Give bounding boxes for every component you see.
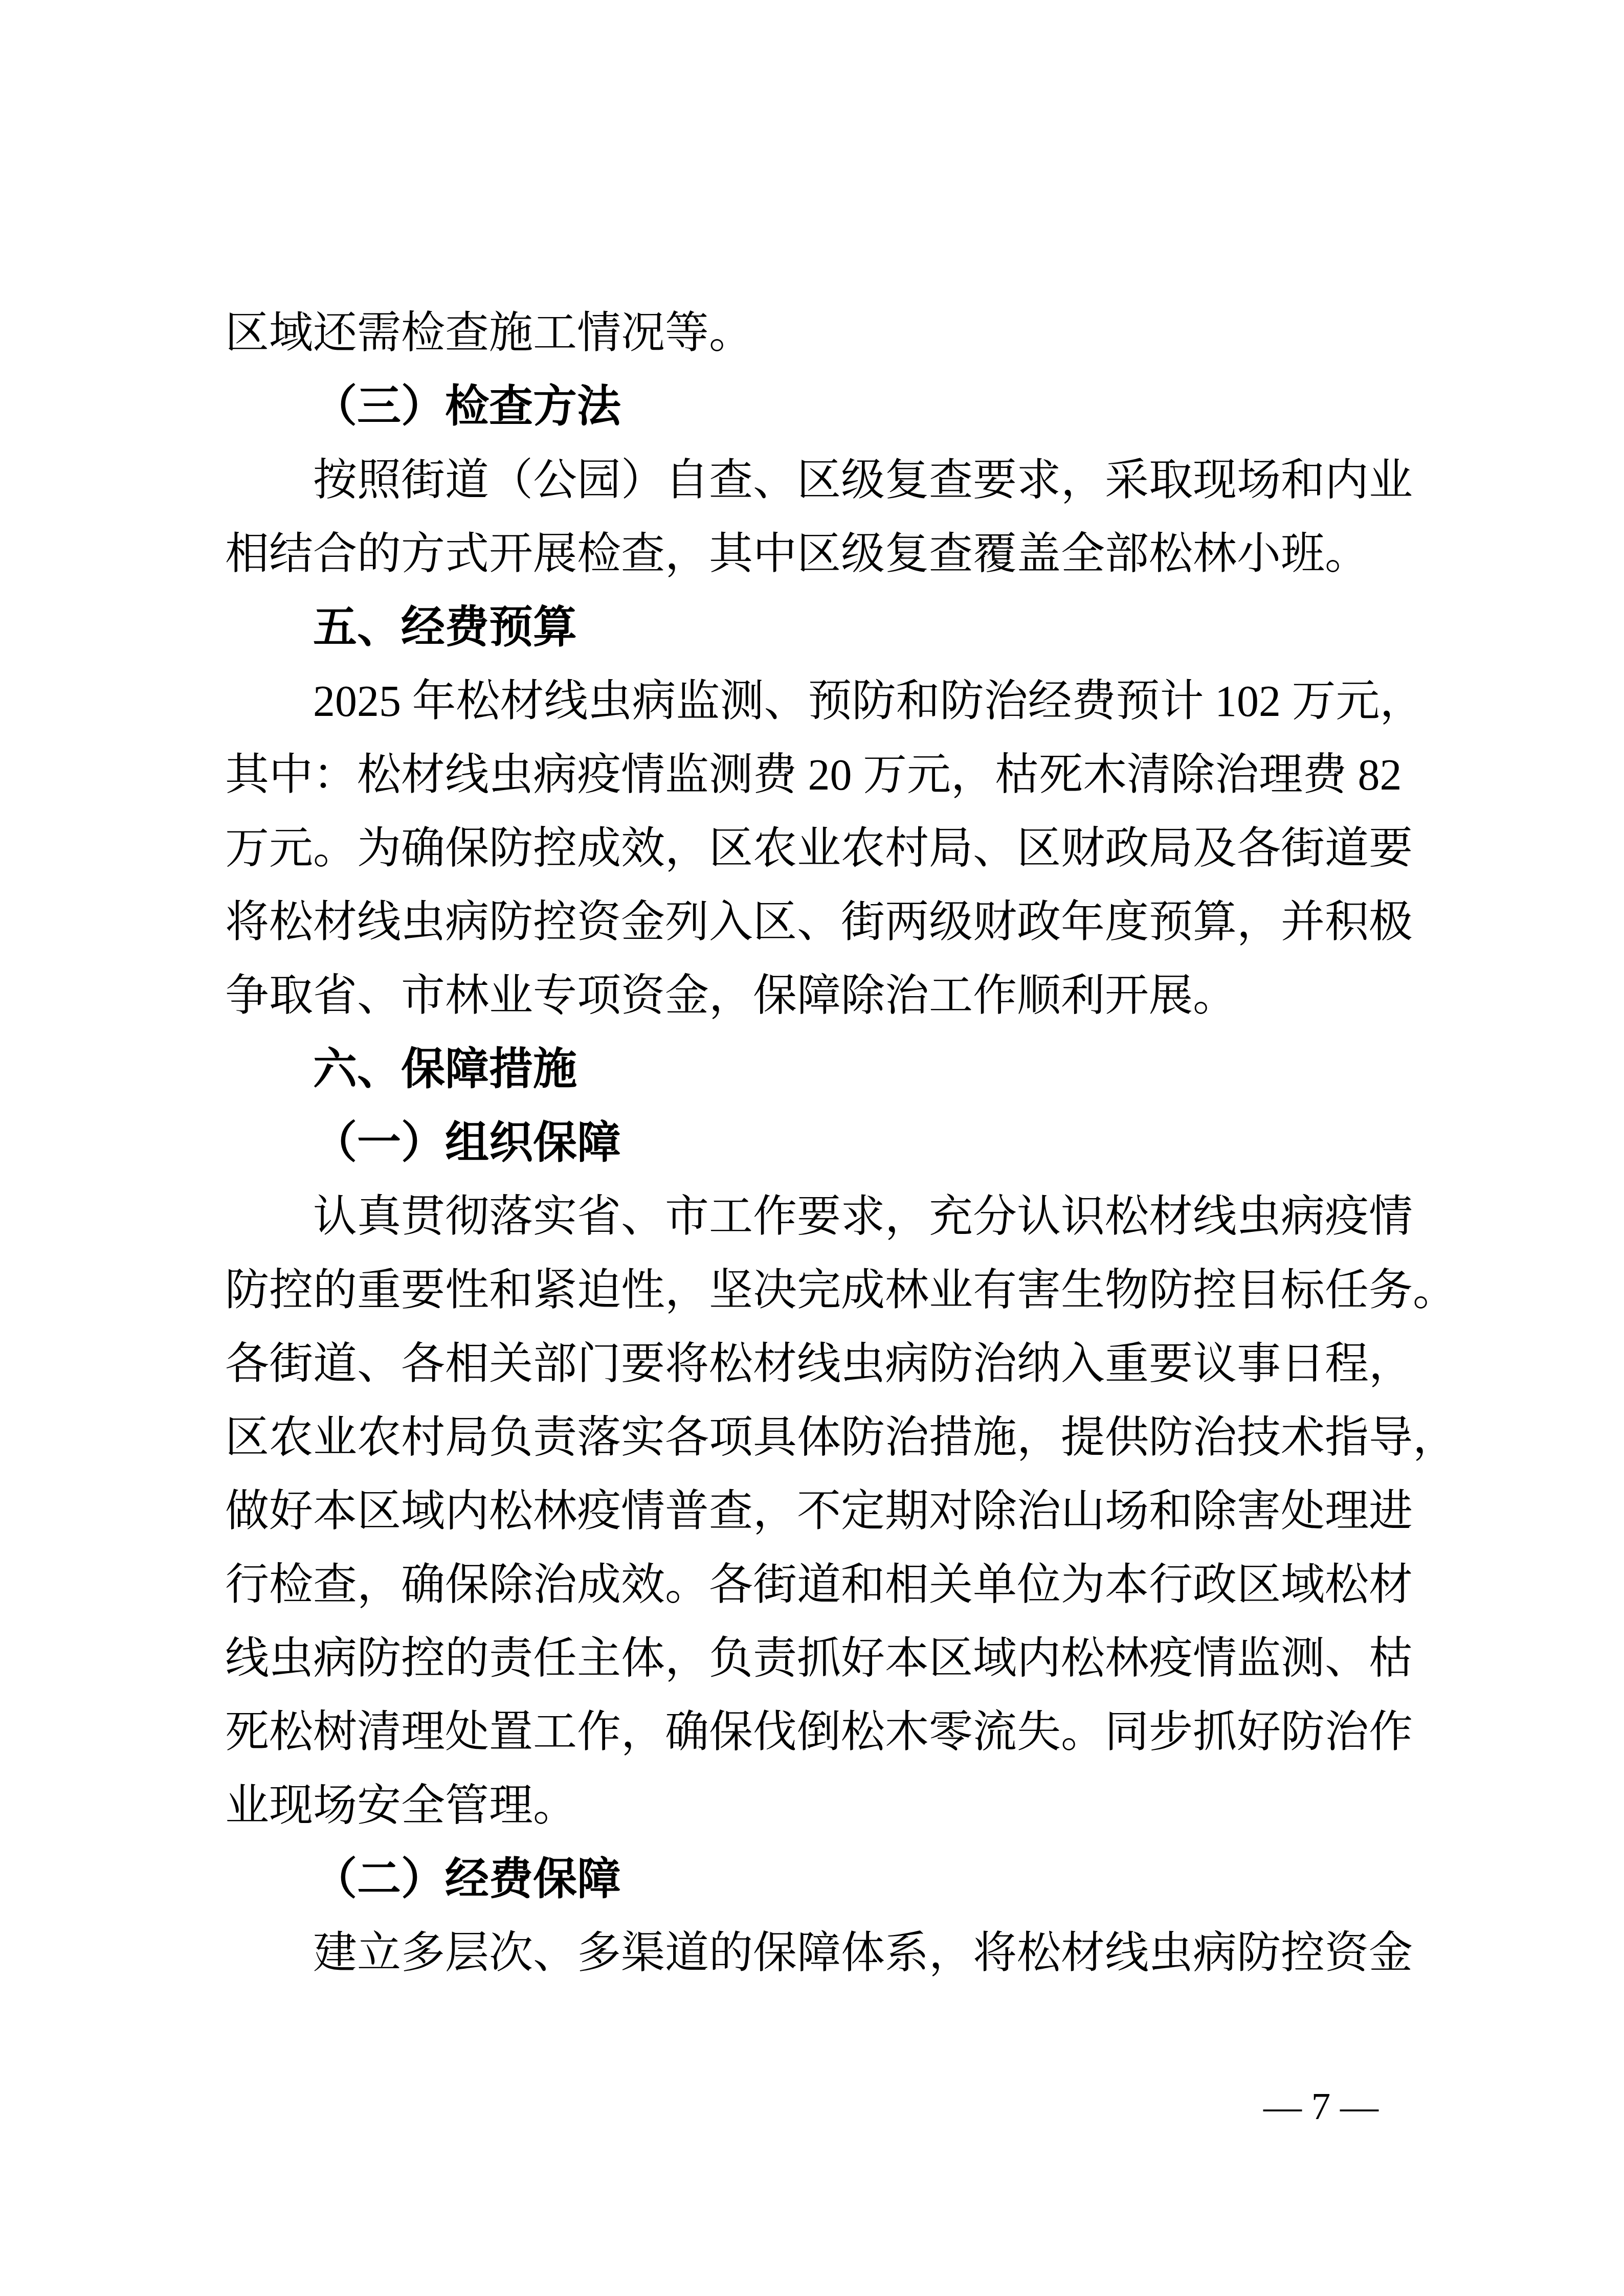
text-line: 建立多层次、多渠道的保障体系，将松材线虫病防控资金 xyxy=(225,1916,1457,1990)
section-heading: （一）组织保障 xyxy=(225,1106,1457,1180)
text-line: 区域还需检查施工情况等。 xyxy=(225,296,1457,370)
text-line: 做好本区域内松林疫情普查，不定期对除治山场和除害处理进 xyxy=(225,1474,1457,1548)
page-number: — 7 — xyxy=(1263,2070,1378,2144)
text-line: 2025 年松材线虫病监测、预防和防治经费预计 102 万元， xyxy=(225,664,1457,738)
section-heading: 六、保障措施 xyxy=(225,1032,1457,1106)
text-line: 将松材线虫病防控资金列入区、街两级财政年度预算，并积极 xyxy=(225,885,1457,959)
text-line: 区农业农村局负责落实各项具体防治措施，提供防治技术指导， xyxy=(225,1401,1457,1474)
text-line: 争取省、市林业专项资金，保障除治工作顺利开展。 xyxy=(225,959,1457,1032)
text-line: 认真贯彻落实省、市工作要求，充分认识松材线虫病疫情 xyxy=(225,1180,1457,1253)
text-line: 相结合的方式开展检查，其中区级复查覆盖全部松林小班。 xyxy=(225,517,1457,591)
section-heading: （三）检查方法 xyxy=(225,370,1457,443)
text-line: 业现场安全管理。 xyxy=(225,1769,1457,1842)
document-page: { "doc": { "lines": [ "区域还需检查施工情况等。", "（… xyxy=(0,0,1624,2296)
text-line: 线虫病防控的责任主体，负责抓好本区域内松林疫情监测、枯 xyxy=(225,1622,1457,1695)
text-line: 死松树清理处置工作，确保伐倒松木零流失。同步抓好防治作 xyxy=(225,1695,1457,1769)
text-line: 万元。为确保防控成效，区农业农村局、区财政局及各街道要 xyxy=(225,812,1457,885)
text-line: 其中：松材线虫病疫情监测费 20 万元，枯死木清除治理费 82 xyxy=(225,738,1457,812)
section-heading: 五、经费预算 xyxy=(225,591,1457,664)
text-line: 行检查，确保除治成效。各街道和相关单位为本行政区域松材 xyxy=(225,1548,1457,1622)
text-line: 按照街道（公园）自查、区级复查要求，采取现场和内业 xyxy=(225,443,1457,517)
text-line: 防控的重要性和紧迫性，坚决完成林业有害生物防控目标任务。 xyxy=(225,1253,1457,1327)
section-heading: （二）经费保障 xyxy=(225,1842,1457,1916)
text-line: 各街道、各相关部门要将松材线虫病防治纳入重要议事日程， xyxy=(225,1327,1457,1401)
page-content: 区域还需检查施工情况等。 （三）检查方法 按照街道（公园）自查、区级复查要求，采… xyxy=(225,296,1457,1990)
